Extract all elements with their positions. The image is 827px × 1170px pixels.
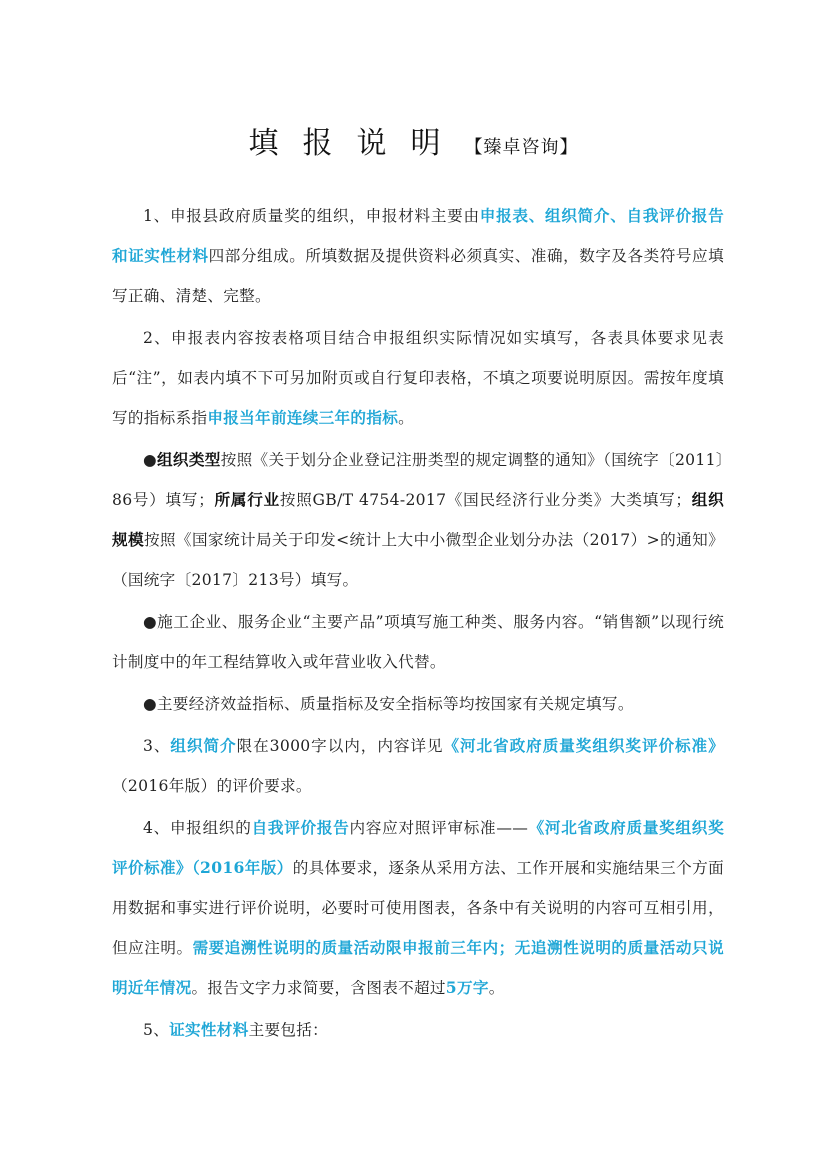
text: （2016年版）的评价要求。 (112, 777, 312, 795)
highlight-text: 证实性材料 (169, 1020, 248, 1039)
text: 主要包括： (249, 1021, 328, 1039)
paragraph-2: 2、申报表内容按表格项目结合申报组织实际情况如实填写，各表具体要求见表后“注”，… (112, 318, 724, 438)
highlight-text: 组织简介 (170, 736, 236, 755)
paragraph-1: 1、申报县政府质量奖的组织，申报材料主要由申报表、组织简介、自我评价报告和证实性… (112, 196, 724, 316)
text: 2、申报表内容按表格项目结合申报组织实际情况如实填写，各表具体要求见表后“注”，… (112, 329, 724, 427)
highlight-text: 《河北省政府质量奖组织奖评价标准》 (443, 736, 724, 755)
text: ●施工企业、服务企业“主要产品”项填写施工种类、服务内容。“销售额”以现行统计制… (112, 613, 724, 671)
document-body: 1、申报县政府质量奖的组织，申报材料主要由申报表、组织简介、自我评价报告和证实性… (112, 196, 724, 1050)
title-source-tag: 【臻卓咨询】 (465, 137, 579, 158)
text: 。 (398, 409, 414, 427)
bullet-construction-service: ●施工企业、服务企业“主要产品”项填写施工种类、服务内容。“销售额”以现行统计制… (112, 602, 724, 682)
bold-term: 组织类型 (157, 450, 221, 469)
paragraph-4: 4、申报组织的自我评价报告内容应对照评审标准——《河北省政府质量奖组织奖评价标准… (112, 808, 724, 1008)
paragraph-5: 5、证实性材料主要包括： (112, 1010, 724, 1050)
text: 内容应对照评审标准—— (349, 819, 528, 837)
bullet-org-type: ●组织类型按照《关于划分企业登记注册类型的规定调整的通知》（国统字〔2011〕8… (112, 440, 724, 600)
text: ●主要经济效益指标、质量指标及安全指标等均按国家有关规定填写。 (143, 695, 634, 713)
text: 限在3000字以内，内容详见 (237, 737, 444, 755)
text: 5、 (143, 1021, 169, 1039)
text: 。报告文字力求简要，含图表不超过 (191, 979, 445, 997)
text: 。 (489, 979, 505, 997)
highlight-text: 申报当年前连续三年的指标 (207, 408, 398, 427)
highlight-text: 自我评价报告 (252, 818, 350, 837)
highlight-text: 5万字 (446, 978, 489, 997)
text: 按照GB/T 4754-2017《国民经济行业分类》大类填写； (280, 491, 691, 509)
bullet-indicators: ●主要经济效益指标、质量指标及安全指标等均按国家有关规定填写。 (112, 684, 724, 724)
text: 4、申报组织的 (143, 819, 252, 837)
document-title: 填报说明【臻卓咨询】 (0, 118, 827, 162)
text: 按照《国家统计局关于印发<统计上大中小微型企业划分办法（2017）>的通知》（国… (112, 531, 724, 589)
bullet-icon: ● (143, 451, 157, 469)
bold-term: 所属行业 (214, 490, 280, 509)
title-main: 填报说明 (249, 126, 465, 161)
paragraph-3: 3、组织简介限在3000字以内，内容详见《河北省政府质量奖组织奖评价标准》（20… (112, 726, 724, 806)
text: 1、申报县政府质量奖的组织，申报材料主要由 (143, 207, 480, 225)
text: 3、 (143, 737, 170, 755)
